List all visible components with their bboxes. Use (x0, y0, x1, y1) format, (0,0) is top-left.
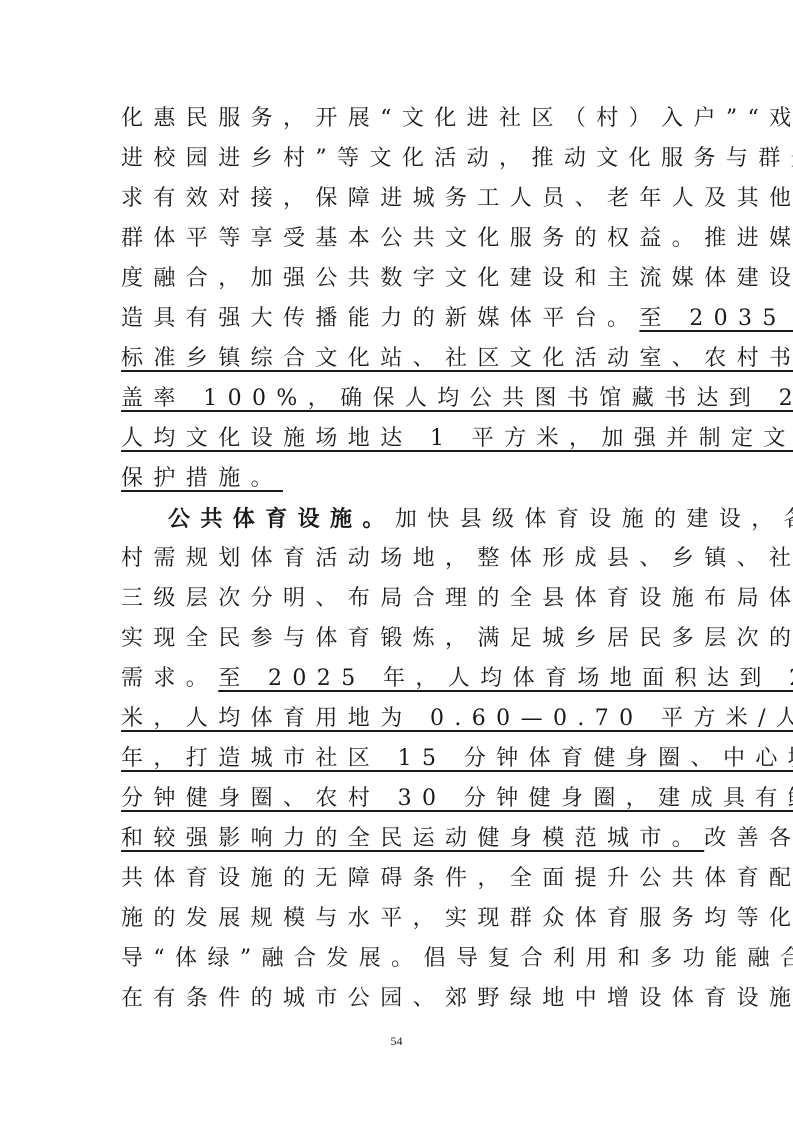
text-line: 盖率 100%，确保人均公共图书馆藏书达到 2 册以上， (121, 379, 677, 419)
text-line: 施的发展规模与水平，实现群众体育服务均等化。倡 (121, 899, 677, 939)
text-segment: 度融合，加强公共数字文化建设和主流媒体建设，打 (121, 266, 793, 291)
text-segment: 村需规划体育活动场地，整体形成县、乡镇、社区(村) (121, 546, 793, 571)
text-line: 村需规划体育活动场地，整体形成县、乡镇、社区(村) (121, 539, 677, 579)
text-line: 米，人均体育用地为 0.60—0.70 平方米/人；至 2035 (121, 699, 677, 739)
body-text: 化惠民服务，开展“文化进社区（村）入户”“戏曲进校园进乡村”等文化活动，推动文化… (121, 99, 677, 1019)
text-line: 进校园进乡村”等文化活动，推动文化服务与群众需 (121, 139, 677, 179)
text-segment: 三级层次分明、布局合理的全县体育设施布局体系， (121, 586, 793, 611)
text-segment: 进校园进乡村”等文化活动，推动文化服务与群众需 (121, 146, 793, 171)
text-line: 公共体育设施。加快县级体育设施的建设，各镇、 (121, 499, 677, 539)
paragraph-culture-paragraph-continuation: 化惠民服务，开展“文化进社区（村）入户”“戏曲进校园进乡村”等文化活动，推动文化… (121, 99, 677, 499)
text-line: 和较强影响力的全民运动健身模范城市。改善各类公 (121, 819, 677, 859)
text-segment: 求有效对接，保障进城务工人员、老年人及其他特殊 (121, 186, 793, 211)
underlined-target-text: 盖率 100%，确保人均公共图书馆藏书达到 2 册以上， (121, 386, 793, 411)
text-segment: 需求。 (121, 666, 218, 691)
text-line: 化惠民服务，开展“文化进社区（村）入户”“戏曲 (121, 99, 677, 139)
text-segment: 实现全民参与体育锻炼，满足城乡居民多层次的体育 (121, 626, 793, 651)
text-segment: 化惠民服务，开展“文化进社区（村）入户”“戏曲 (121, 106, 793, 131)
underlined-target-text: 米，人均体育用地为 0.60—0.70 平方米/人；至 2035 (121, 706, 793, 731)
text-segment: 加快县级体育设施的建设，各镇、 (395, 507, 793, 532)
text-line: 三级层次分明、布局合理的全县体育设施布局体系， (121, 579, 677, 619)
text-line: 需求。至 2025 年，人均体育场地面积达到 2.60 平方 (121, 659, 677, 699)
text-line: 度融合，加强公共数字文化建设和主流媒体建设，打 (121, 259, 677, 299)
text-line: 共体育设施的无障碍条件，全面提升公共体育配套设 (121, 859, 677, 899)
underlined-target-text: 分钟健身圈、农村 30 分钟健身圈，建成具有鲜明特色 (121, 786, 793, 811)
text-line: 求有效对接，保障进城务工人员、老年人及其他特殊 (121, 179, 677, 219)
text-line: 造具有强大传播能力的新媒体平台。至 2035 年，实现 (121, 299, 677, 339)
text-line: 实现全民参与体育锻炼，满足城乡居民多层次的体育 (121, 619, 677, 659)
text-segment: 造具有强大传播能力的新媒体平台。 (121, 306, 639, 331)
underlined-target-text: 至 2035 年，实现 (639, 306, 793, 331)
text-line: 保护措施。 (121, 459, 677, 499)
document-page: 化惠民服务，开展“文化进社区（村）入户”“戏曲进校园进乡村”等文化活动，推动文化… (0, 0, 793, 1122)
text-line: 分钟健身圈、农村 30 分钟健身圈，建成具有鲜明特色 (121, 779, 677, 819)
text-line: 在有条件的城市公园、郊野绿地中增设体育设施，打 (121, 979, 677, 1019)
underlined-target-text: 标准乡镇综合文化站、社区文化活动室、农村书屋覆 (121, 346, 793, 371)
text-segment: 群体平等享受基本公共文化服务的权益。推进媒体深 (121, 226, 793, 251)
text-line: 群体平等享受基本公共文化服务的权益。推进媒体深 (121, 219, 677, 259)
text-segment: 施的发展规模与水平，实现群众体育服务均等化。倡 (121, 906, 793, 931)
underlined-target-text: 至 2025 年，人均体育场地面积达到 2.60 平方 (218, 666, 793, 691)
text-line: 人均文化设施场地达 1 平方米，加强并制定文化遗产 (121, 419, 677, 459)
text-line: 年，打造城市社区 15 分钟体育健身圈、中心城区 20 (121, 739, 677, 779)
text-line: 标准乡镇综合文化站、社区文化活动室、农村书屋覆 (121, 339, 677, 379)
text-segment: 在有条件的城市公园、郊野绿地中增设体育设施，打 (121, 986, 793, 1011)
underlined-target-text: 和较强影响力的全民运动健身模范城市。 (121, 826, 704, 851)
text-segment: 改善各类公 (704, 826, 793, 851)
section-heading: 公共体育设施。 (168, 506, 395, 532)
text-segment: 共体育设施的无障碍条件，全面提升公共体育配套设 (121, 866, 793, 891)
text-line: 导“体绿”融合发展。倡导复合利用和多功能融合， (121, 939, 677, 979)
text-segment: 导“体绿”融合发展。倡导复合利用和多功能融合， (121, 946, 793, 971)
underlined-target-text: 保护措施。 (121, 466, 283, 491)
page-number: 54 (0, 1034, 793, 1049)
underlined-target-text: 人均文化设施场地达 1 平方米，加强并制定文化遗产 (121, 426, 793, 451)
underlined-target-text: 年，打造城市社区 15 分钟体育健身圈、中心城区 20 (121, 746, 793, 771)
paragraph-sports-facilities-paragraph: 公共体育设施。加快县级体育设施的建设，各镇、村需规划体育活动场地，整体形成县、乡… (121, 499, 677, 1019)
